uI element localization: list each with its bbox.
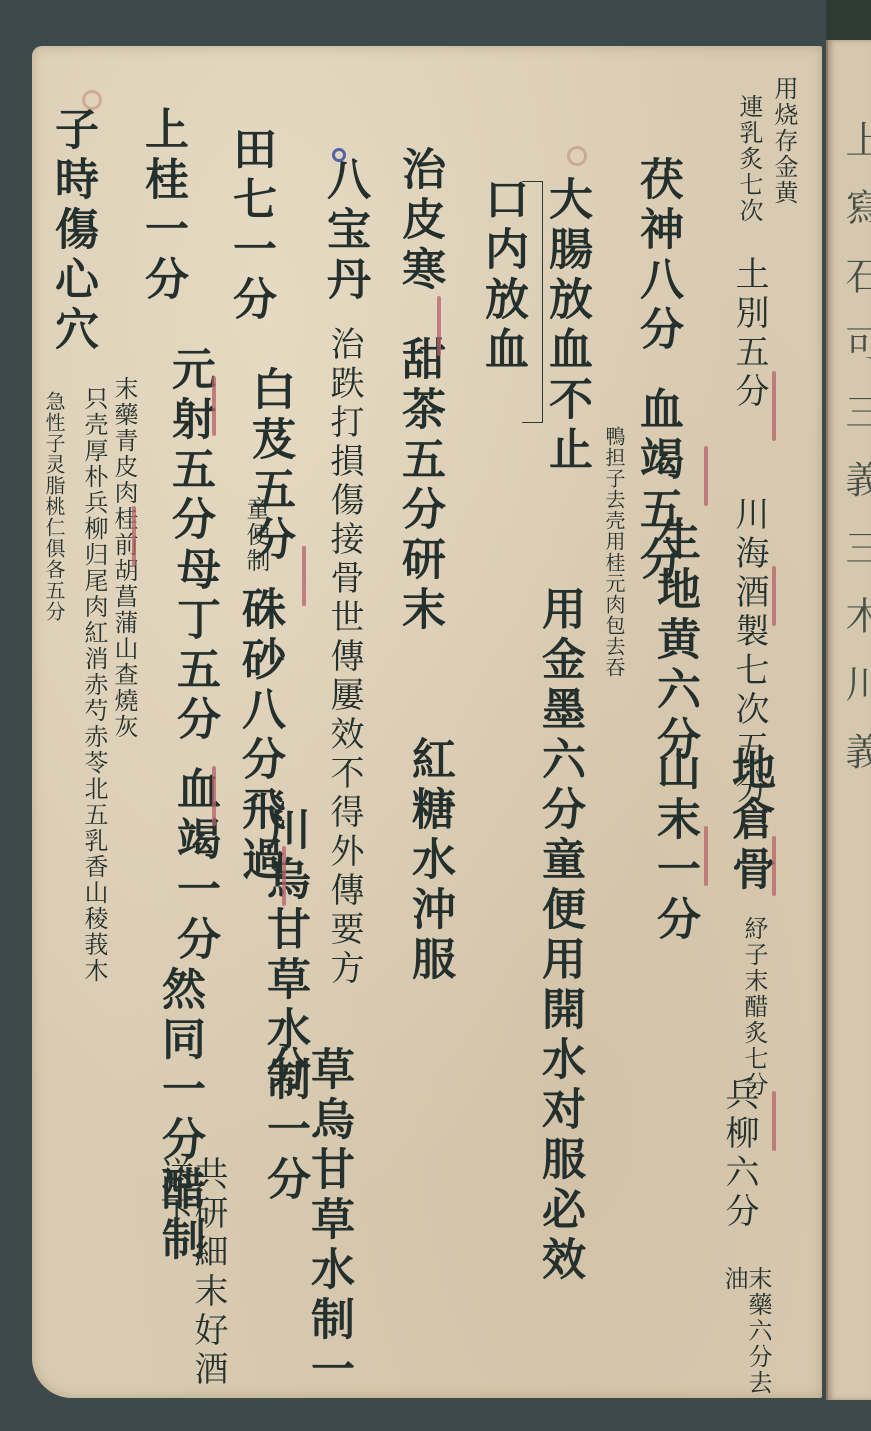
red-mark <box>212 766 216 826</box>
text-column: 鴨担子去壳用桂元肉包去吞 <box>604 426 624 678</box>
heading-column: 治皮寒 <box>397 146 441 296</box>
red-mark <box>772 1091 776 1151</box>
text-column: 急性子灵脂桃仁俱各五分 <box>44 391 64 622</box>
red-mark <box>282 846 286 906</box>
text-column: 茯神八分 <box>635 156 679 356</box>
text-column: 兵柳六分 <box>722 1076 756 1232</box>
red-mark <box>437 296 441 356</box>
next-page-text: 上寫石可三義三木川義 <box>842 120 871 800</box>
heading-column: 口内放血 <box>480 176 524 376</box>
ink-circle-mark <box>82 90 102 110</box>
text-column: 紓子末醋炙七分 <box>742 916 766 1098</box>
text-column: 紅糖水沖服 <box>407 736 451 986</box>
red-mark <box>772 836 776 896</box>
bracket-line <box>522 181 543 423</box>
text-column: 共研細末好酒送下 <box>157 1156 225 1398</box>
text-column: 用烧存金黄 <box>772 76 796 206</box>
text-column: 連乳炙七次 <box>737 94 761 224</box>
red-mark <box>772 371 776 441</box>
heading-column: 大腸放血不止 <box>544 176 588 476</box>
text-column: 生地黄六分 <box>652 516 696 766</box>
red-mark <box>302 546 306 606</box>
heading-column: 子時傷心穴 <box>50 106 94 356</box>
manuscript-page: 用烧存金黄 連乳炙七次 土別五分 川海酒製七次五分 地倉骨 紓子末醋炙七分 兵柳… <box>32 46 822 1398</box>
text-column: 治跌打損傷接骨世傳屢效不得外傳要方 <box>327 326 361 989</box>
next-page-edge: 上寫石可三義三木川義 <box>826 40 871 1400</box>
text-column: 童便制 <box>244 496 268 574</box>
text-column: 山末一分 <box>652 746 696 946</box>
heading-column: 八宝丹 <box>322 156 366 306</box>
text-column: 只壳厚朴兵柳归尾肉紅消赤芍赤苓北五乳香山稜莪木 <box>82 386 106 984</box>
text-column: 田七一分 <box>228 126 272 326</box>
text-column: 母丁五分 <box>172 546 216 746</box>
text-column: 元射五分 <box>167 346 211 546</box>
red-mark <box>132 506 136 566</box>
book-spine <box>826 0 871 44</box>
ink-circle-mark <box>567 146 587 166</box>
text-column: 血竭一分 <box>172 766 216 966</box>
text-column: 草烏甘草水制一分 <box>262 1046 350 1398</box>
red-mark <box>704 826 708 886</box>
ink-circle-mark <box>332 148 346 162</box>
text-column: 甜茶五分研末 <box>397 336 441 636</box>
red-mark <box>772 566 776 626</box>
text-column: 地倉骨 <box>727 746 771 896</box>
text-column: 上桂一分 <box>140 106 184 306</box>
red-mark <box>704 446 708 506</box>
text-column: 土別五分 <box>732 256 766 412</box>
text-column: 用金墨六分童便用開水对服必效 <box>537 586 581 1286</box>
text-column: 末藥六分去油 <box>722 1266 770 1398</box>
red-mark <box>212 376 216 436</box>
